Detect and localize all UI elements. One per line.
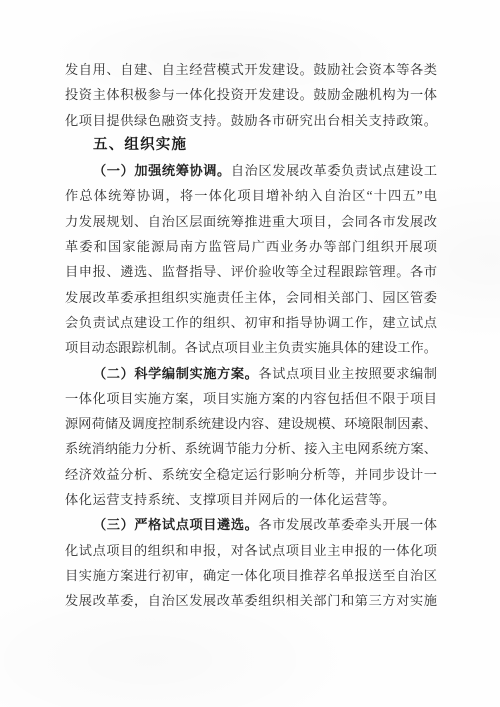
paragraph-text: 各市发展改革委牵头开展一体: [258, 517, 437, 532]
text-line: 体化运营支持系统、支撑项目并网后的一体化运营等。: [65, 487, 437, 512]
paragraph-lead: （一）加强统筹协调。: [93, 163, 231, 178]
text-line: （一）加强统筹协调。自治区发展改革委负责试点建设工: [65, 158, 437, 183]
paragraph-lead: （二）科学编制实施方案。: [93, 366, 258, 381]
text-line: 源网荷储及调度控制系统建设内容、建设规模、环境限制因素、: [65, 411, 437, 436]
document-text: 发自用、自建、自主经营模式开发建设。鼓励社会资本等各类投资主体积极参与一体化投资…: [65, 57, 437, 614]
paragraph-text: 自治区发展改革委负责试点建设工: [231, 163, 437, 178]
text-line: 项目动态跟踪机制。各试点项目业主负责实施具体的建设工作。: [65, 335, 437, 360]
text-line: 经济效益分析、系统安全稳定运行影响分析等，并同步设计一: [65, 462, 437, 487]
text-line: 发展改革委，自治区发展改革委组织相关部门和第三方对实施: [65, 588, 437, 613]
text-line: 目实施方案进行初审，确定一体化项目推荐名单报送至自治区: [65, 563, 437, 588]
document-page: 发自用、自建、自主经营模式开发建设。鼓励社会资本等各类投资主体积极参与一体化投资…: [0, 0, 500, 707]
text-line: 一体化项目实施方案，项目实施方案的内容包括但不限于项目: [65, 386, 437, 411]
text-line: 目申报、遴选、监督指导、评价验收等全过程跟踪管理。各市: [65, 259, 437, 284]
section-heading: 五、组织实施: [65, 133, 437, 158]
paragraph-text: 各试点项目业主按照要求编制: [258, 366, 437, 381]
text-line: （二）科学编制实施方案。各试点项目业主按照要求编制: [65, 361, 437, 386]
text-line: 革委和国家能源局南方监管局广西业务办等部门组织开展项: [65, 234, 437, 259]
text-line: 发自用、自建、自主经营模式开发建设。鼓励社会资本等各类: [65, 57, 437, 82]
text-line: 化项目提供绿色融资支持。鼓励各市研究出台相关支持政策。: [65, 108, 437, 133]
text-line: 发展改革委承担组织实施责任主体，会同相关部门、园区管委: [65, 285, 437, 310]
text-line: 作总体统筹协调，将一体化项目增补纳入自治区“十四五”电: [65, 183, 437, 208]
text-line: 投资主体积极参与一体化投资开发建设。鼓励金融机构为一体: [65, 82, 437, 107]
text-line: 系统消纳能力分析、系统调节能力分析、接入主电网系统方案、: [65, 436, 437, 461]
text-line: 化试点项目的组织和申报，对各试点项目业主申报的一体化项: [65, 538, 437, 563]
text-line: 会负责试点建设工作的组织、初审和指导协调工作，建立试点: [65, 310, 437, 335]
paragraph-lead: （三）严格试点项目遴选。: [93, 517, 258, 532]
text-line: 力发展规划、自治区层面统筹推进重大项目，会同各市发展改: [65, 209, 437, 234]
text-line: （三）严格试点项目遴选。各市发展改革委牵头开展一体: [65, 512, 437, 537]
